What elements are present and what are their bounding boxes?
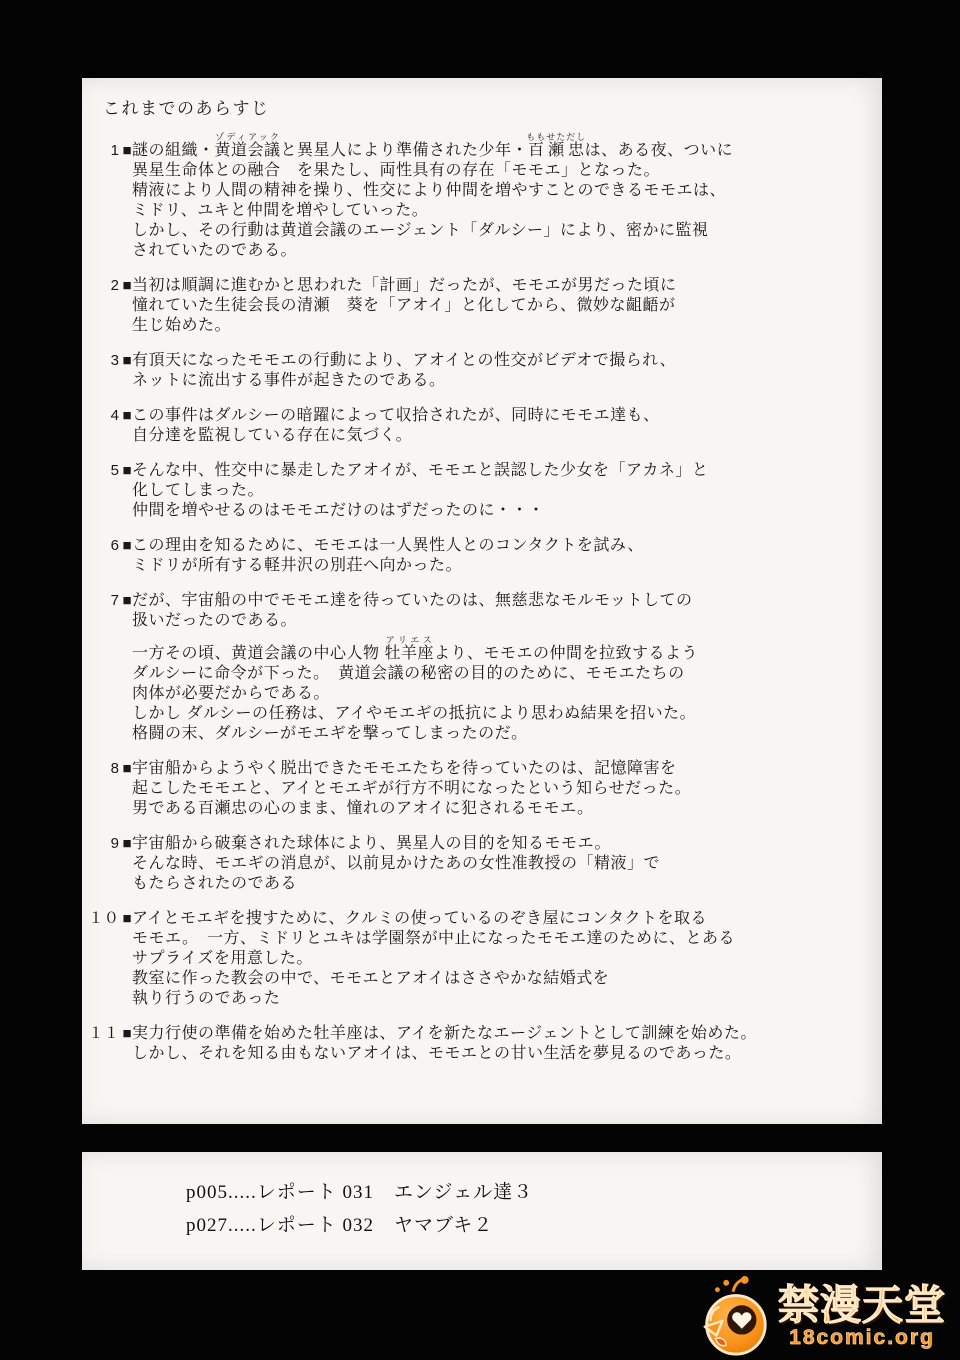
story-line: 6■この理由を知るために、モモエは一人異性人とのコンタクトを試み、 bbox=[132, 536, 868, 556]
story-line: 教室に作った教会の中で、モモエとアオイはささやかな結婚式を bbox=[132, 969, 868, 989]
paragraph-number-marker: 9■ bbox=[82, 834, 132, 854]
paragraph-number-marker: 5■ bbox=[82, 461, 132, 481]
story-paragraph: 8■宇宙船からようやく脱出できたモモエたちを待っていたのは、記憶障害を起こしたモ… bbox=[132, 759, 868, 819]
paragraph-number-marker: 7■ bbox=[82, 591, 132, 611]
story-line: 起こしたモモエと、アイとモエギが行方不明になったという知らせだった。 bbox=[132, 779, 868, 799]
toc-entry-list: p005.....レポート 031 エンジェル達３p027.....レポート 0… bbox=[82, 1152, 882, 1242]
story-line: もたらされたのである bbox=[132, 874, 868, 894]
table-of-contents-box: p005.....レポート 031 エンジェル達３p027.....レポート 0… bbox=[82, 1152, 882, 1270]
story-line: ミドリ、ユキと仲間を増やしていった。 bbox=[132, 201, 868, 221]
story-paragraph: 7■だが、宇宙船の中でモモエ達を待っていたのは、無慈悲なモルモットしての扱いだっ… bbox=[132, 591, 868, 744]
story-line: 9■宇宙船から破棄された球体により、異星人の目的を知るモモエ。 bbox=[132, 834, 868, 854]
story-line: 5■そんな中、性交中に暴走したアオイが、モモエと誤認した少女を「アカネ」と bbox=[132, 461, 868, 481]
story-line: １１■実力行使の準備を始めた牡羊座は、アイを新たなエージェントとして訓練を始めた… bbox=[132, 1024, 868, 1044]
story-line: 生じ始めた。 bbox=[132, 316, 868, 336]
story-line: １０■アイとモエギを捜すために、クルミの使っているのぞき屋にコンタクトを取る bbox=[132, 909, 868, 929]
black-square-bullet-icon: ■ bbox=[122, 462, 132, 479]
story-paragraph: １１■実力行使の準備を始めた牡羊座は、アイを新たなエージェントとして訓練を始めた… bbox=[132, 1024, 868, 1064]
story-line: 8■宇宙船からようやく脱出できたモモエたちを待っていたのは、記憶障害を bbox=[132, 759, 868, 779]
story-line: モモエ。 一方、ミドリとユキは学園祭が中止になったモモエ達のために、とある bbox=[132, 929, 868, 949]
toc-entry: p005.....レポート 031 エンジェル達３ bbox=[186, 1176, 882, 1209]
scanned-page-background: { "page": { "title": "これまでのあらすじ", "bulle… bbox=[0, 0, 960, 1360]
page-title: これまでのあらすじ bbox=[103, 94, 270, 119]
paragraph-number-marker: 6■ bbox=[82, 536, 132, 556]
black-square-bullet-icon: ■ bbox=[122, 1025, 132, 1042]
story-line: 3■有頂天になったモモエの行動により、アオイとの性交がビデオで撮られ、 bbox=[132, 351, 868, 371]
story-line: しかし、その行動は黄道会議のエージェント「ダルシー」により、密かに監視 bbox=[132, 221, 868, 241]
story-line: しかし ダルシーの任務は、アイやモエギの抵抗により思わぬ結果を招いた。 bbox=[132, 704, 868, 724]
story-paragraph: 6■この理由を知るために、モモエは一人異性人とのコンタクトを試み、ミドリが所有す… bbox=[132, 536, 868, 576]
story-line: 男である百瀬忠の心のまま、憧れのアオイに犯されるモモエ。 bbox=[132, 799, 868, 819]
paragraph-number-marker: １１■ bbox=[82, 1024, 132, 1044]
story-line: 4■この事件はダルシーの暗躍によって収拾されたが、同時にモモエ達も、 bbox=[132, 406, 868, 426]
story-paragraph: 5■そんな中、性交中に暴走したアオイが、モモエと誤認した少女を「アカネ」と化して… bbox=[132, 461, 868, 521]
black-square-bullet-icon: ■ bbox=[122, 277, 132, 294]
paragraph-number-marker: 2■ bbox=[82, 276, 132, 296]
story-line: ネットに流出する事件が起きたのである。 bbox=[132, 371, 868, 391]
story-line: 7■だが、宇宙船の中でモモエ達を待っていたのは、無慈悲なモルモットしての bbox=[132, 591, 868, 611]
story-paragraph: 2■当初は順調に進むかと思われた「計画」だったが、モモエが男だった頃に憧れていた… bbox=[132, 276, 868, 336]
story-line: 1■謎の組織・黄道会議ゾディアックと異星人により準備された少年・百瀬忠ももせただ… bbox=[132, 128, 868, 161]
black-square-bullet-icon: ■ bbox=[122, 407, 132, 424]
black-square-bullet-icon: ■ bbox=[122, 910, 132, 927]
paragraph-number-marker: 1■ bbox=[82, 141, 132, 161]
watermark-site-url: 18comic.org bbox=[789, 1326, 935, 1350]
black-square-bullet-icon: ■ bbox=[122, 592, 132, 609]
story-paragraph: １０■アイとモエギを捜すために、クルミの使っているのぞき屋にコンタクトを取るモモ… bbox=[132, 909, 868, 1009]
watermark-site-name: 禁漫天堂 bbox=[778, 1284, 946, 1326]
story-line: ダルシーに命令が下った。 黄道会議の秘密の目的のために、モモエたちの bbox=[132, 664, 868, 684]
story-line: 一方その頃、黄道会議の中心人物 牡羊座アリエスより、モモエの仲間を拉致するよう bbox=[132, 631, 868, 664]
story-line: しかし、それを知る由もないアオイは、モモエとの甘い生活を夢見るのであった。 bbox=[132, 1044, 868, 1064]
paragraph-number-marker: 3■ bbox=[82, 351, 132, 371]
paragraph-number-marker: １０■ bbox=[82, 909, 132, 929]
story-paragraph: 9■宇宙船から破棄された球体により、異星人の目的を知るモモエ。そんな時、モエギの… bbox=[132, 834, 868, 894]
black-square-bullet-icon: ■ bbox=[122, 142, 132, 159]
story-line: 2■当初は順調に進むかと思われた「計画」だったが、モモエが男だった頃に bbox=[132, 276, 868, 296]
black-square-bullet-icon: ■ bbox=[122, 835, 132, 852]
story-line: 執り行うのであった bbox=[132, 989, 868, 1009]
black-square-bullet-icon: ■ bbox=[122, 760, 132, 777]
black-square-bullet-icon: ■ bbox=[122, 352, 132, 369]
story-paragraph: 4■この事件はダルシーの暗躍によって収拾されたが、同時にモモエ達も、自分達を監視… bbox=[132, 406, 868, 446]
story-line: 仲間を増やせるのはモモエだけのはずだったのに・・・ bbox=[132, 501, 868, 521]
story-line: 異星生命体との融合 を果たし、両性具有の存在「モモエ」となった。 bbox=[132, 161, 868, 181]
story-line: そんな時、モエギの消息が、以前見かけたあの女性准教授の「精液」で bbox=[132, 854, 868, 874]
toc-entry: p027.....レポート 032 ヤマブキ２ bbox=[186, 1209, 882, 1242]
story-line: 化してしまった。 bbox=[132, 481, 868, 501]
watermark-text: 禁漫天堂 18comic.org bbox=[778, 1284, 946, 1350]
watermark-mascot-icon bbox=[694, 1276, 774, 1358]
story-recap-page: これまでのあらすじ 1■謎の組織・黄道会議ゾディアックと異星人により準備された少… bbox=[82, 78, 882, 1124]
story-paragraph-list: 1■謎の組織・黄道会議ゾディアックと異星人により準備された少年・百瀬忠ももせただ… bbox=[132, 128, 868, 1079]
story-line: されていたのである。 bbox=[132, 241, 868, 261]
story-line: ミドリが所有する軽井沢の別荘へ向かった。 bbox=[132, 556, 868, 576]
paragraph-number-marker: 4■ bbox=[82, 406, 132, 426]
story-line: 扱いだったのである。 bbox=[132, 611, 868, 631]
story-paragraph: 3■有頂天になったモモエの行動により、アオイとの性交がビデオで撮られ、ネットに流… bbox=[132, 351, 868, 391]
story-line: サプライズを用意した。 bbox=[132, 949, 868, 969]
black-square-bullet-icon: ■ bbox=[122, 537, 132, 554]
story-line: 憧れていた生徒会長の清瀬 葵を「アオイ」と化してから、微妙な齟齬が bbox=[132, 296, 868, 316]
story-line: 格闘の末、ダルシーがモエギを撃ってしまったのだ。 bbox=[132, 724, 868, 744]
story-line: 自分達を監視している存在に気づく。 bbox=[132, 426, 868, 446]
story-line: 肉体が必要だからである。 bbox=[132, 684, 868, 704]
story-line: 精液により人間の精神を操り、性交により仲間を増やすことのできるモモエは、 bbox=[132, 181, 868, 201]
story-paragraph: 1■謎の組織・黄道会議ゾディアックと異星人により準備された少年・百瀬忠ももせただ… bbox=[132, 128, 868, 261]
paragraph-number-marker: 8■ bbox=[82, 759, 132, 779]
site-watermark: 禁漫天堂 18comic.org bbox=[694, 1276, 946, 1358]
